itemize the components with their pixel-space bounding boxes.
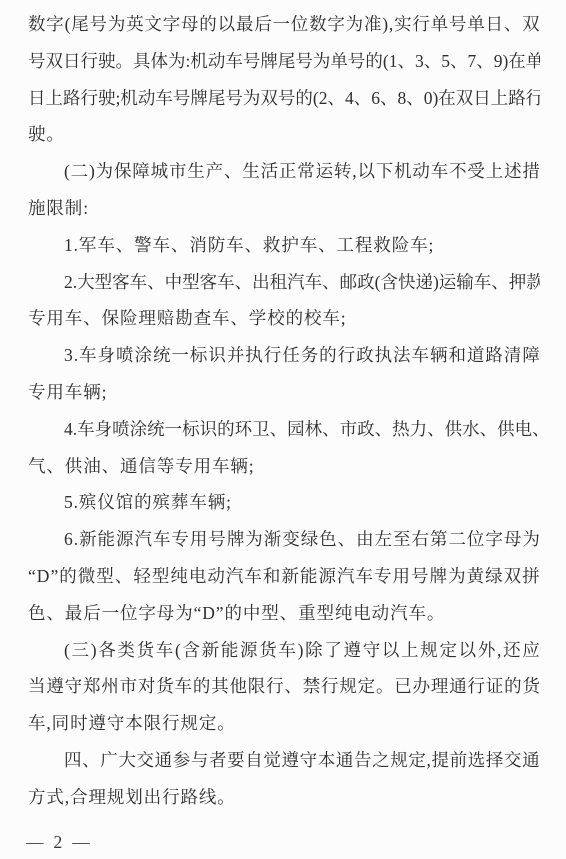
text-line: 色、最后一位字母为“D”的中型、重型纯电动汽车。 <box>28 595 540 632</box>
text-line: 5.殡仪馆的殡葬车辆; <box>28 484 540 521</box>
document-body: 数字(尾号为英文字母的以最后一位数字为准),实行单号单日、双号双日行驶。具体为:… <box>28 6 540 816</box>
text-line: 6.新能源汽车专用号牌为渐变绿色、由左至右第二位字母为 <box>28 521 540 558</box>
text-line: 4.车身喷涂统一标识的环卫、园林、市政、热力、供水、供电、供 <box>28 411 540 448</box>
text-line: 车,同时遵守本限行规定。 <box>28 705 540 742</box>
text-line: 专用车、保险理赔勘查车、学校的校车; <box>28 300 540 337</box>
page-number: 2 <box>54 832 63 853</box>
text-line: 专用车辆; <box>28 374 540 411</box>
text-line: 四、广大交通参与者要自觉遵守本通告之规定,提前选择交通 <box>28 742 540 779</box>
text-line: 施限制: <box>28 190 540 227</box>
text-line: 方式,合理规划出行路线。 <box>28 779 540 816</box>
page-footer: — 2 — <box>26 829 90 855</box>
text-line: 2.大型客车、中型客车、出租汽车、邮政(含快递)运输车、押款 <box>28 264 540 301</box>
text-line: (三)各类货车(含新能源货车)除了遵守以上规定以外,还应 <box>28 632 540 669</box>
text-line: (二)为保障城市生产、生活正常运转,以下机动车不受上述措 <box>28 153 540 190</box>
text-line: 气、供油、通信等专用车辆; <box>28 448 540 485</box>
text-line: 驶。 <box>28 116 540 153</box>
text-line: 数字(尾号为英文字母的以最后一位数字为准),实行单号单日、双 <box>28 6 540 43</box>
footer-dash-left: — <box>26 832 44 853</box>
document-page: 数字(尾号为英文字母的以最后一位数字为准),实行单号单日、双号双日行驶。具体为:… <box>0 0 566 859</box>
text-line: 号双日行驶。具体为:机动车号牌尾号为单号的(1、3、5、7、9)在单 <box>28 43 540 80</box>
text-line: 1.军车、警车、消防车、救护车、工程救险车; <box>28 227 540 264</box>
text-line: 3.车身喷涂统一标识并执行任务的行政执法车辆和道路清障 <box>28 337 540 374</box>
text-line: 当遵守郑州市对货车的其他限行、禁行规定。已办理通行证的货 <box>28 668 540 705</box>
text-line: 日上路行驶;机动车号牌尾号为双号的(2、4、6、8、0)在双日上路行 <box>28 80 540 117</box>
footer-dash-right: — <box>72 832 90 853</box>
text-line: “D”的微型、轻型纯电动汽车和新能源汽车专用号牌为黄绿双拼 <box>28 558 540 595</box>
